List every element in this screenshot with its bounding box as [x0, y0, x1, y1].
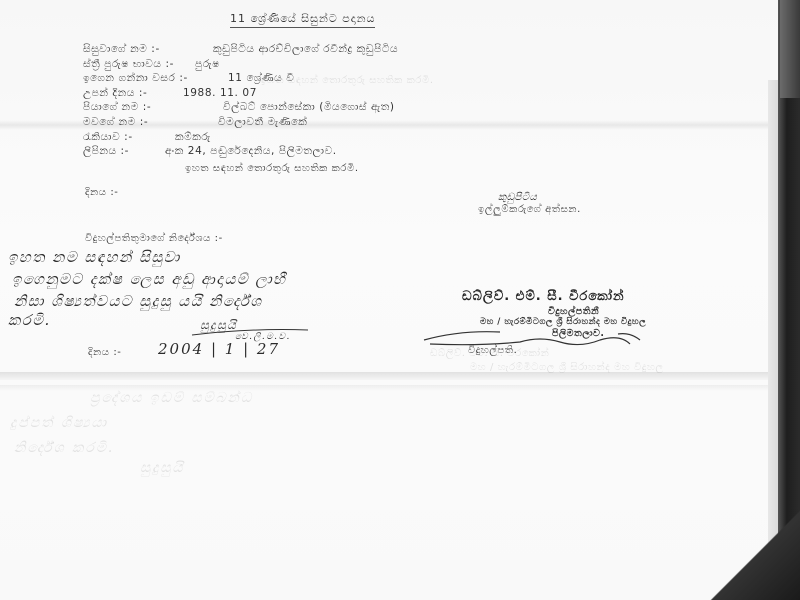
applicant-signature-label: ඉල්ලුම්කරුගේ අත්සන.: [478, 204, 581, 215]
bleed-through-text: නිර්දේශ කරමි.: [14, 440, 114, 456]
field-value: විල්බට් පොන්සේකා (මියගොස් ඇත): [223, 101, 395, 114]
applicant-signature: කුඩුපිටිය: [498, 192, 537, 203]
principal-signature-label: විදුහල්පති.: [468, 345, 517, 356]
field-label: ඉගෙන ගන්නා වසර :-: [83, 72, 188, 85]
paper-fold-line: [0, 372, 780, 380]
field-value: විමලාවතී මැණිකේ: [218, 116, 307, 129]
field-label: ලිපිනය :-: [83, 145, 129, 158]
handwritten-recommendation-line: කරමි.: [8, 311, 51, 329]
field-occupation: රැකියාව :- කම්කරු: [83, 131, 133, 144]
field-value: අංක 24, පඬුරේදෙනිය, පිලිමතලාව.: [165, 145, 337, 158]
field-value: 1988. 11. 07: [183, 87, 257, 99]
field-label: සිසුවාගේ නම :-: [83, 43, 160, 56]
page-corner-shadow: [710, 510, 800, 600]
field-label: රැකියාව :-: [83, 131, 133, 144]
scanned-document-page: ප්‍රදේශය ඉඩම් සම්බන්ධ දුප්පත් ශිෂ්‍යයා න…: [0, 0, 782, 600]
bleed-through-text: සුදුසුයි: [140, 460, 184, 476]
field-label: මවගේ නම :-: [83, 116, 148, 129]
field-value: කම්කරු: [175, 131, 211, 144]
field-grade: ඉගෙන ගන්නා වසර :- 11 ශ්‍රේණිය වී: [83, 72, 188, 85]
field-gender: ස්ත්‍රී පුරුෂ භාවය :- පුරුෂ: [83, 58, 174, 71]
certification-statement: ඉහත සඳහන් තොරතුරු සහතික කරමි.: [185, 163, 359, 174]
field-birth-date: උපන් දිනය :- 1988. 11. 07: [83, 87, 147, 100]
field-label: ස්ත්‍රී පුරුෂ භාවය :-: [83, 58, 174, 71]
bleed-through-stamp: මහ / හැරම්මිටගල ශ්‍රී සිරාහන්ද මහ විදුහල: [470, 362, 664, 373]
handwritten-recommendation-line: නිසා ශිෂ්‍යත්වයට සුදුසු යයි නිර්දේශ: [14, 292, 262, 310]
principal-signature-icon: [420, 322, 660, 352]
scanner-edge: [780, 0, 800, 98]
field-father-name: පියාගේ නම :- විල්බට් පොන්සේකා (මියගොස් ඇ…: [83, 101, 151, 114]
principal-stamp-name: ඩබ්ලිව්. එම්. සී. වීරකෝන්: [462, 289, 625, 304]
principal-date-value: 2004 | 1 | 27: [158, 340, 280, 358]
underline-stroke: [190, 326, 310, 338]
handwritten-recommendation-line: ඉගෙනුමට දක්ෂ ලෙස අඩු ආදායම් ලාභී: [12, 270, 286, 288]
field-label: උපන් දිනය :-: [83, 87, 147, 100]
field-value: පුරුෂ: [195, 58, 220, 71]
principal-stamp-title: විදුහල්පතිනී: [548, 306, 599, 317]
principal-date-label: දිනය :-: [88, 347, 122, 358]
document-title: 11 ශ්‍රේණියේ සිසුන්ට පදානය: [230, 12, 375, 28]
field-mother-name: මවගේ නම :- විමලාවතී මැණිකේ: [83, 116, 148, 129]
applicant-date-label: දිනය :-: [85, 187, 119, 198]
field-student-name: සිසුවාගේ නම :- කුඩුපිටිය ආරච්චිලාගේ රවීන…: [83, 43, 160, 56]
field-address: ලිපිනය :- අංක 24, පඬුරේදෙනිය, පිලිමතලාව.: [83, 145, 129, 158]
bleed-through-text: දුප්පත් ශිෂ්‍යයා: [10, 415, 108, 431]
handwritten-recommendation-line: ඉහත නම සඳහන් සිසුවා: [8, 248, 181, 266]
principal-recommendation-label: විදුහල්පතිතුමාගේ නිර්දේශය :-: [85, 233, 223, 244]
bleed-through-text: ප්‍රදේශය ඉඩම් සම්බන්ධ: [90, 390, 253, 406]
field-value: 11 ශ්‍රේණිය වී: [228, 72, 294, 85]
field-label: පියාගේ නම :-: [83, 101, 151, 114]
field-value: කුඩුපිටිය ආරච්චිලාගේ රවීන්ද්‍ර කුඩුපිටිය: [213, 43, 398, 56]
